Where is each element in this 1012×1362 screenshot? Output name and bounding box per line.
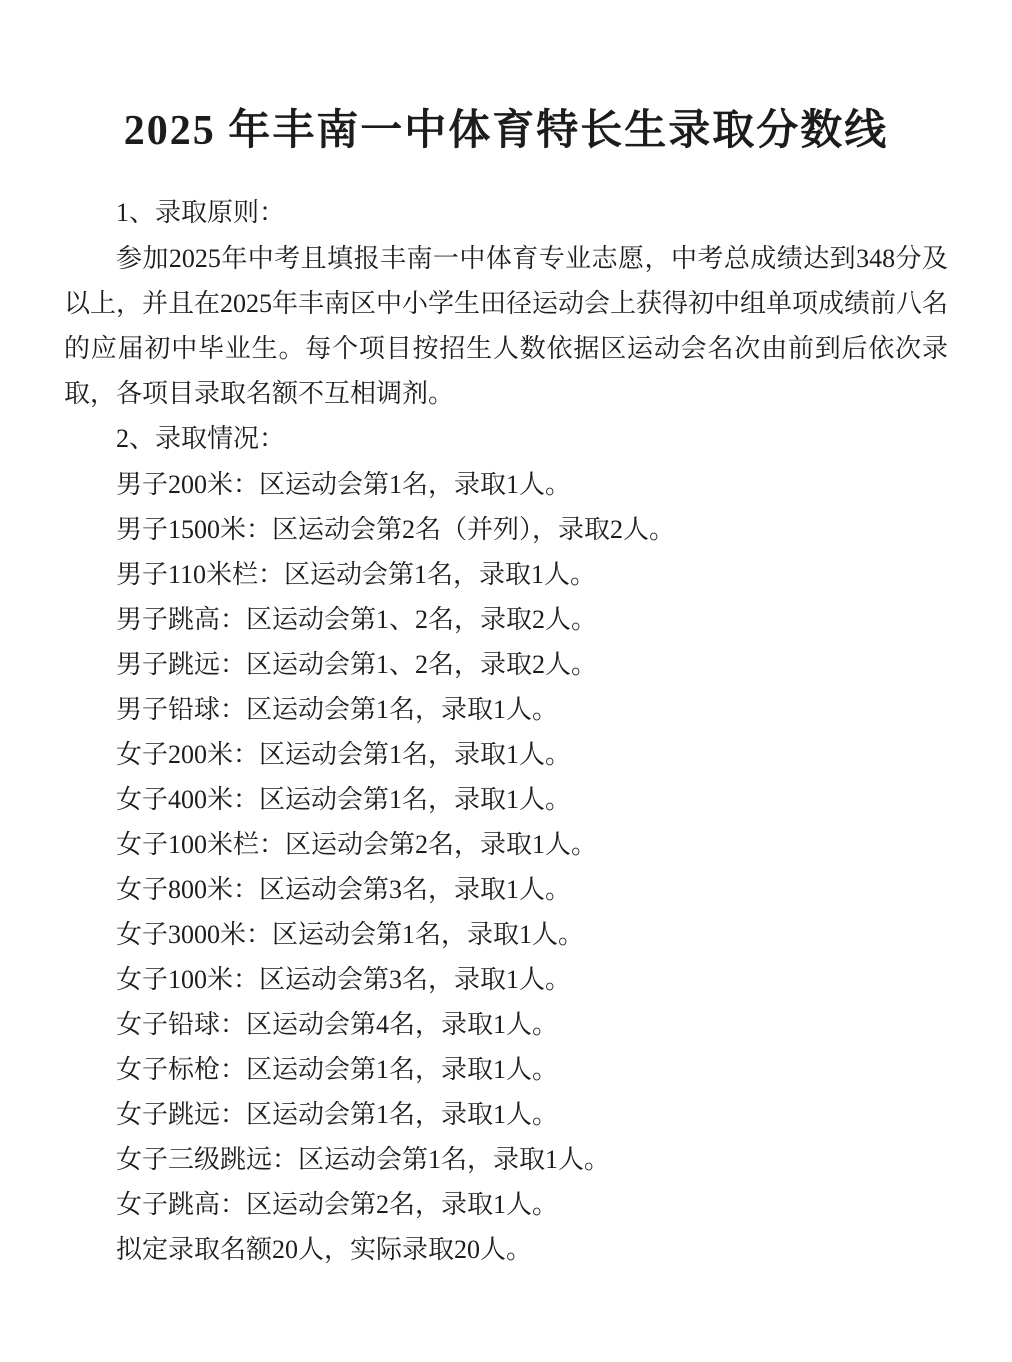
admission-line: 男子跳远：区运动会第1、2名，录取2人。 [64, 642, 948, 687]
admission-line: 男子跳高：区运动会第1、2名，录取2人。 [64, 597, 948, 642]
admission-line: 男子200米：区运动会第1名，录取1人。 [64, 462, 948, 507]
section-heading-admissions: 2、录取情况： [64, 416, 948, 462]
admissions-list: 男子200米：区运动会第1名，录取1人。男子1500米：区运动会第2名（并列），… [64, 462, 948, 1272]
admission-line: 女子铅球：区运动会第4名，录取1人。 [64, 1002, 948, 1047]
section-heading-principles: 1、录取原则： [64, 190, 948, 236]
admission-line: 女子3000米：区运动会第1名，录取1人。 [64, 912, 948, 957]
page-title: 2025 年丰南一中体育特长生录取分数线 [64, 106, 948, 156]
admission-line: 女子400米：区运动会第1名，录取1人。 [64, 777, 948, 822]
document-page: 2025 年丰南一中体育特长生录取分数线 1、录取原则： 参加2025年中考且填… [0, 0, 1012, 1362]
admission-line: 男子1500米：区运动会第2名（并列），录取2人。 [64, 507, 948, 552]
admission-line: 男子110米栏：区运动会第1名，录取1人。 [64, 552, 948, 597]
principles-paragraph: 参加2025年中考且填报丰南一中体育专业志愿，中考总成绩达到348分及以上，并且… [64, 236, 948, 416]
admission-line: 拟定录取名额20人，实际录取20人。 [64, 1227, 948, 1272]
admission-line: 女子200米：区运动会第1名，录取1人。 [64, 732, 948, 777]
admission-line: 女子800米：区运动会第3名，录取1人。 [64, 867, 948, 912]
admission-line: 女子100米栏：区运动会第2名，录取1人。 [64, 822, 948, 867]
admission-line: 男子铅球：区运动会第1名，录取1人。 [64, 687, 948, 732]
admission-line: 女子跳高：区运动会第2名，录取1人。 [64, 1182, 948, 1227]
admission-line: 女子标枪：区运动会第1名，录取1人。 [64, 1047, 948, 1092]
admission-line: 女子三级跳远：区运动会第1名，录取1人。 [64, 1137, 948, 1182]
admission-line: 女子跳远：区运动会第1名，录取1人。 [64, 1092, 948, 1137]
admission-line: 女子100米：区运动会第3名，录取1人。 [64, 957, 948, 1002]
